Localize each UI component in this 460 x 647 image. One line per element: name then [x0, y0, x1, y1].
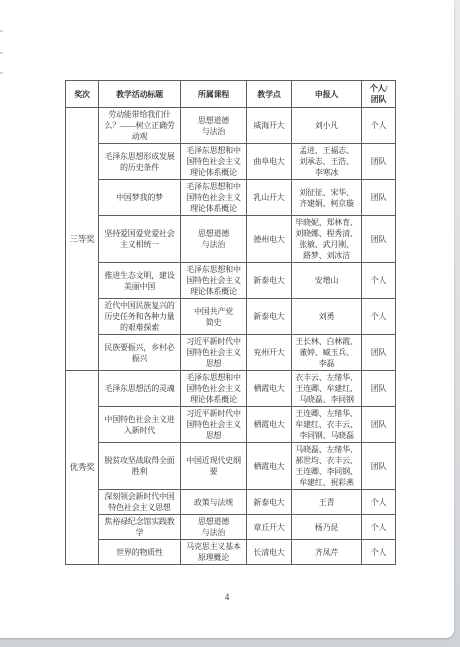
- document-page: 奖次教学活动标题所属课程教学点申报人个人/ 团队 三等奖劳动能带给我们什 么？—…: [0, 0, 454, 638]
- award-level-cell: 优秀奖: [66, 371, 99, 565]
- table-row: 脱贫攻坚战取得全面 胜利中国近现代史纲 要栖霞电大马晓磊、左绪华、 郝世均、衣丰…: [66, 443, 396, 490]
- table-row: 世界的物质性马克思主义基本 原理概论长清电大齐凤芹个人: [66, 540, 396, 565]
- table-row: 近代中国民族复兴的 历史任务和各种力量 的艰难探索中国共产党 简史新泰电大刘勇个…: [66, 299, 396, 335]
- cell-title: 世界的物质性: [99, 540, 181, 565]
- cell-course: 中国近现代史纲 要: [181, 443, 247, 490]
- cell-type: 团队: [362, 407, 396, 443]
- table-body: 三等奖劳动能带给我们什 么？——树立正确劳 动观思想道德 与法治威海开大刘小凡个…: [66, 108, 396, 565]
- cell-title: 中国特色社会主义进 入新时代: [99, 407, 181, 443]
- cell-type: 个人: [362, 299, 396, 335]
- table-row: 优秀奖毛泽东思想活的灵魂毛泽东思想和中 国特色社会主义 理论体系概论栖霞电大衣丰…: [66, 371, 396, 407]
- cell-title: 毛泽东思想活的灵魂: [99, 371, 181, 407]
- cell-course: 思想道德 与法治: [181, 108, 247, 144]
- cell-course: 毛泽东思想和中 国特色社会主义 理论体系概论: [181, 263, 247, 299]
- cell-title: 中国梦我的梦: [99, 180, 181, 216]
- cell-title: 坚持爱国爱党爱社会 主义相统一: [99, 216, 181, 263]
- cell-type: 团队: [362, 371, 396, 407]
- cell-course: 思想道德 与法治: [181, 515, 247, 540]
- cell-applicants: 刘小凡: [292, 108, 362, 144]
- header-cell-2: 所属课程: [181, 81, 247, 108]
- table-header-row: 奖次教学活动标题所属课程教学点申报人个人/ 团队: [66, 81, 396, 108]
- cell-title: 毛泽东思想形成发展 的历史条件: [99, 144, 181, 180]
- cell-teaching-point: 威海开大: [247, 108, 292, 144]
- cell-teaching-point: 栖霞电大: [247, 371, 292, 407]
- table-row: 坚持爱国爱党爱社会 主义相统一思想道德 与法治德州电大毕晓妮、郑林育、 刘晓娜、…: [66, 216, 396, 263]
- table-row: 推进生态文明，建设 美丽中国毛泽东思想和中 国特色社会主义 理论体系概论新泰电大…: [66, 263, 396, 299]
- header-cell-5: 个人/ 团队: [362, 81, 396, 108]
- cell-type: 个人: [362, 490, 396, 515]
- cell-teaching-point: 栖霞电大: [247, 407, 292, 443]
- cell-type: 团队: [362, 335, 396, 371]
- cell-applicants: 马晓磊、左绪华、 郝世均、衣丰云、 王连卿、李同钢、 牟建红、祝彩燕: [292, 443, 362, 490]
- cell-course: 毛泽东思想和中 国特色社会主义 理论体系概论: [181, 371, 247, 407]
- cell-teaching-point: 兖州开大: [247, 335, 292, 371]
- cell-applicants: 王长林、白林霞、 董婷、臧玉兵、 李磊: [292, 335, 362, 371]
- cell-type: 团队: [362, 443, 396, 490]
- cell-teaching-point: 栖霞电大: [247, 443, 292, 490]
- cell-type: 团队: [362, 144, 396, 180]
- cell-applicants: 齐凤芹: [292, 540, 362, 565]
- cell-course: 毛泽东思想和中 国特色社会主义 理论体系概论: [181, 180, 247, 216]
- cell-applicants: 安增山: [292, 263, 362, 299]
- cell-teaching-point: 新泰电大: [247, 299, 292, 335]
- table-row: 深刻领会新时代中国 特色社会主义思想政策与法规新泰电大王青个人: [66, 490, 396, 515]
- cell-title: 焦裕禄纪念馆实践教 学: [99, 515, 181, 540]
- cell-applicants: 杨乃昆: [292, 515, 362, 540]
- cell-course: 习近平新时代中 国特色社会主义 思想: [181, 335, 247, 371]
- cell-title: 深刻领会新时代中国 特色社会主义思想: [99, 490, 181, 515]
- header-cell-1: 教学活动标题: [99, 81, 181, 108]
- award-table-container: 奖次教学活动标题所属课程教学点申报人个人/ 团队 三等奖劳动能带给我们什 么？—…: [65, 80, 396, 565]
- cell-course: 习近平新时代中 国特色社会主义 思想: [181, 407, 247, 443]
- scan-artifact: [0, 52, 3, 54]
- table-row: 中国特色社会主义进 入新时代习近平新时代中 国特色社会主义 思想栖霞电大王连卿、…: [66, 407, 396, 443]
- page-number: 4: [0, 592, 454, 602]
- cell-applicants: 孟进、王福志、 刘承志、王浩、 李寒冰: [292, 144, 362, 180]
- table-row: 三等奖劳动能带给我们什 么？——树立正确劳 动观思想道德 与法治威海开大刘小凡个…: [66, 108, 396, 144]
- header-cell-0: 奖次: [66, 81, 99, 108]
- cell-course: 毛泽东思想和中 国特色社会主义 理论体系概论: [181, 144, 247, 180]
- award-level-cell: 三等奖: [66, 108, 99, 371]
- cell-type: 个人: [362, 515, 396, 540]
- cell-teaching-point: 新泰电大: [247, 263, 292, 299]
- cell-type: 团队: [362, 216, 396, 263]
- cell-title: 近代中国民族复兴的 历史任务和各种力量 的艰难探索: [99, 299, 181, 335]
- cell-teaching-point: 章丘开大: [247, 515, 292, 540]
- cell-applicants: 刘勇: [292, 299, 362, 335]
- cell-title: 劳动能带给我们什 么？——树立正确劳 动观: [99, 108, 181, 144]
- table-row: 毛泽东思想形成发展 的历史条件毛泽东思想和中 国特色社会主义 理论体系概论曲阜电…: [66, 144, 396, 180]
- scan-artifact: [0, 72, 3, 74]
- cell-teaching-point: 德州电大: [247, 216, 292, 263]
- header-cell-4: 申报人: [292, 81, 362, 108]
- cell-course: 政策与法规: [181, 490, 247, 515]
- table-row: 民族要振兴，乡村必 振兴习近平新时代中 国特色社会主义 思想兖州开大王长林、白林…: [66, 335, 396, 371]
- cell-course: 思想道德 与法治: [181, 216, 247, 263]
- cell-course: 马克思主义基本 原理概论: [181, 540, 247, 565]
- cell-applicants: 王连卿、左绪华、 牟建红、衣丰云、 李同钢、马晓磊: [292, 407, 362, 443]
- cell-applicants: 衣丰云、左绪华、 王连卿、牟建红、 马晓磊、李同钢: [292, 371, 362, 407]
- cell-title: 民族要振兴，乡村必 振兴: [99, 335, 181, 371]
- cell-applicants: 毕晓妮、郑林育、 刘晓娜、程秀清、 张敏、武月刚、 路梦、刘冰洁: [292, 216, 362, 263]
- cell-type: 个人: [362, 540, 396, 565]
- cell-applicants: 刘征征、宋华、 齐建娟、柯京璇: [292, 180, 362, 216]
- cell-title: 脱贫攻坚战取得全面 胜利: [99, 443, 181, 490]
- table-row: 焦裕禄纪念馆实践教 学思想道德 与法治章丘开大杨乃昆个人: [66, 515, 396, 540]
- table-row: 中国梦我的梦毛泽东思想和中 国特色社会主义 理论体系概论乳山开大刘征征、宋华、 …: [66, 180, 396, 216]
- cell-title: 推进生态文明，建设 美丽中国: [99, 263, 181, 299]
- cell-teaching-point: 长清电大: [247, 540, 292, 565]
- cell-teaching-point: 乳山开大: [247, 180, 292, 216]
- cell-teaching-point: 曲阜电大: [247, 144, 292, 180]
- cell-type: 个人: [362, 263, 396, 299]
- cell-course: 中国共产党 简史: [181, 299, 247, 335]
- cell-applicants: 王青: [292, 490, 362, 515]
- award-table: 奖次教学活动标题所属课程教学点申报人个人/ 团队 三等奖劳动能带给我们什 么？—…: [65, 80, 396, 565]
- cell-teaching-point: 新泰电大: [247, 490, 292, 515]
- cell-type: 个人: [362, 108, 396, 144]
- scan-artifact: [0, 30, 3, 32]
- cell-type: 团队: [362, 180, 396, 216]
- header-cell-3: 教学点: [247, 81, 292, 108]
